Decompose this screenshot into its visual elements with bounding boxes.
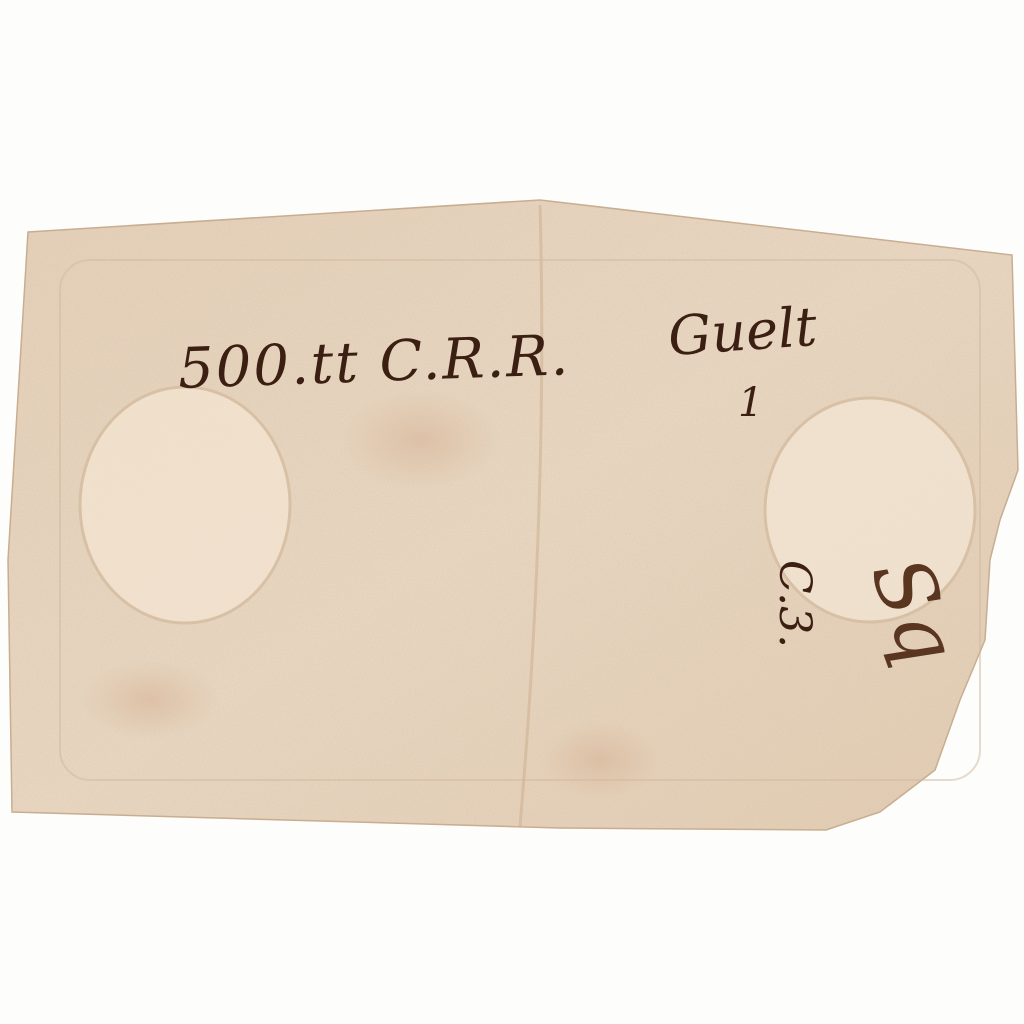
paper-note	[0, 0, 1024, 1024]
handwritten-mark: 1	[738, 380, 763, 426]
handwritten-rotated-mark: C.3.	[769, 560, 820, 648]
photo-scene: 500.tt C.R.R. Guelt 1 C.3. Sq	[0, 0, 1024, 1024]
handwritten-name: Guelt	[666, 295, 819, 368]
handwritten-amount: 500.tt C.R.R.	[177, 323, 571, 402]
